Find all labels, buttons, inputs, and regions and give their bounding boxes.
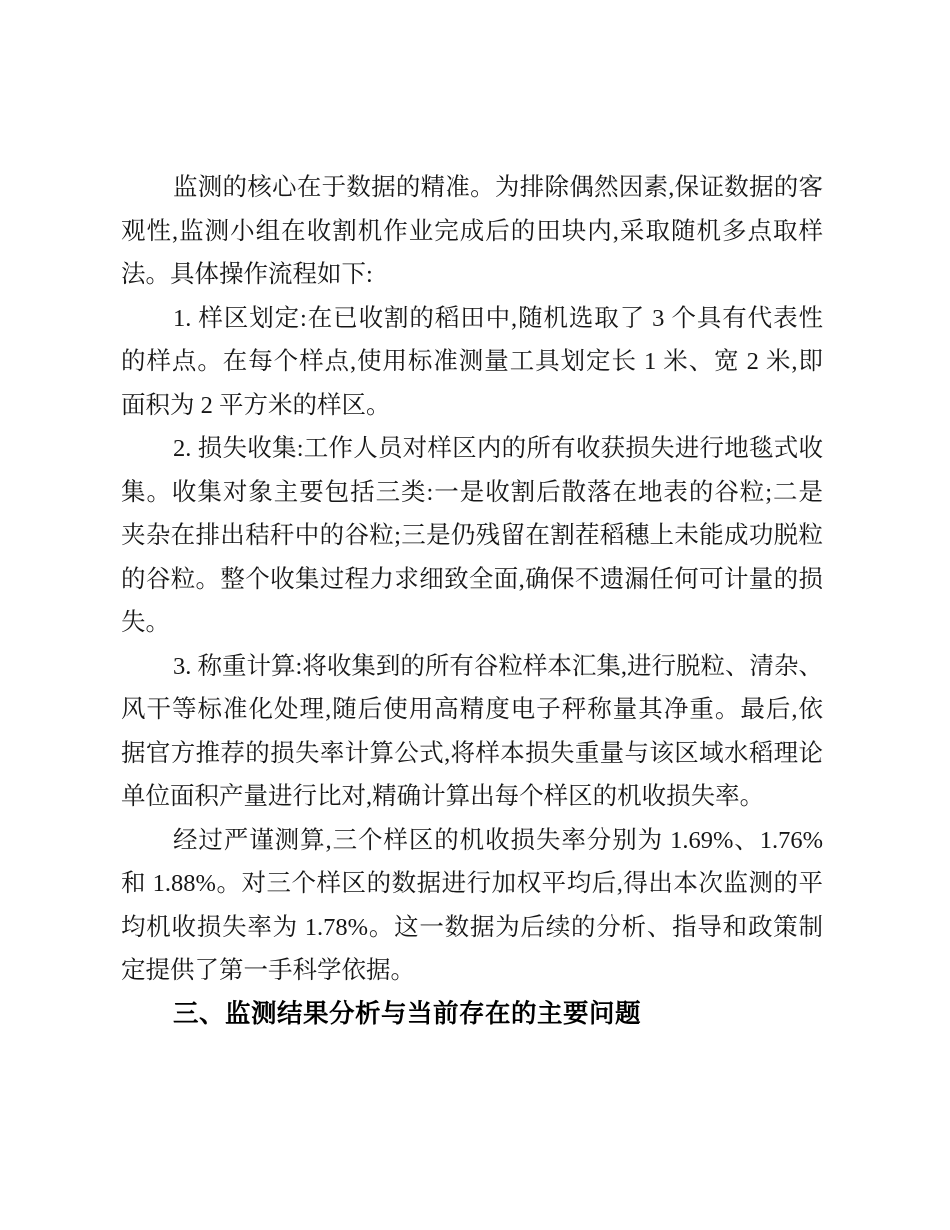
body-text-line: 监测的核心在于数据的精准。为排除偶然因素,保证数据的客 — [121, 166, 823, 210]
body-text-line: 面积为 2 平方米的样区。 — [121, 384, 823, 428]
body-text-line: 2. 损失收集:工作人员对样区内的所有收获损失进行地毯式收 — [121, 427, 823, 471]
body-text-line: 经过严谨测算,三个样区的机收损失率分别为 1.69%、1.76% — [121, 819, 823, 863]
body-text-line: 集。收集对象主要包括三类:一是收割后散落在地表的谷粒;二是 — [121, 471, 823, 515]
body-text-line: 3. 称重计算:将收集到的所有谷粒样本汇集,进行脱粒、清杂、 — [121, 645, 823, 689]
body-text-line: 夹杂在排出秸秆中的谷粒;三是仍残留在割茬稻穗上未能成功脱粒 — [121, 514, 823, 558]
document-page: 监测的核心在于数据的精准。为排除偶然因素,保证数据的客观性,监测小组在收割机作业… — [121, 166, 823, 1036]
body-text-line: 均机收损失率为 1.78%。这一数据为后续的分析、指导和政策制 — [121, 906, 823, 950]
document-canvas: { "document": { "kind": "official-report… — [0, 0, 950, 1230]
body-text-line: 法。具体操作流程如下: — [121, 253, 823, 297]
body-text-line: 1. 样区划定:在已收割的稻田中,随机选取了 3 个具有代表性 — [121, 297, 823, 341]
section-heading: 三、监测结果分析与当前存在的主要问题 — [121, 993, 823, 1037]
body-text-line: 和 1.88%。对三个样区的数据进行加权平均后,得出本次监测的平 — [121, 862, 823, 906]
body-text-line: 的谷粒。整个收集过程力求细致全面,确保不遗漏任何可计量的损 — [121, 558, 823, 602]
body-text-line: 的样点。在每个样点,使用标准测量工具划定长 1 米、宽 2 米,即 — [121, 340, 823, 384]
body-text-line: 观性,监测小组在收割机作业完成后的田块内,采取随机多点取样 — [121, 210, 823, 254]
body-text-line: 据官方推荐的损失率计算公式,将样本损失重量与该区域水稻理论 — [121, 732, 823, 776]
body-text-line: 风干等标准化处理,随后使用高精度电子秤称量其净重。最后,依 — [121, 688, 823, 732]
body-text-line: 单位面积产量进行比对,精确计算出每个样区的机收损失率。 — [121, 775, 823, 819]
body-text-line: 失。 — [121, 601, 823, 645]
body-text-line: 定提供了第一手科学依据。 — [121, 949, 823, 993]
